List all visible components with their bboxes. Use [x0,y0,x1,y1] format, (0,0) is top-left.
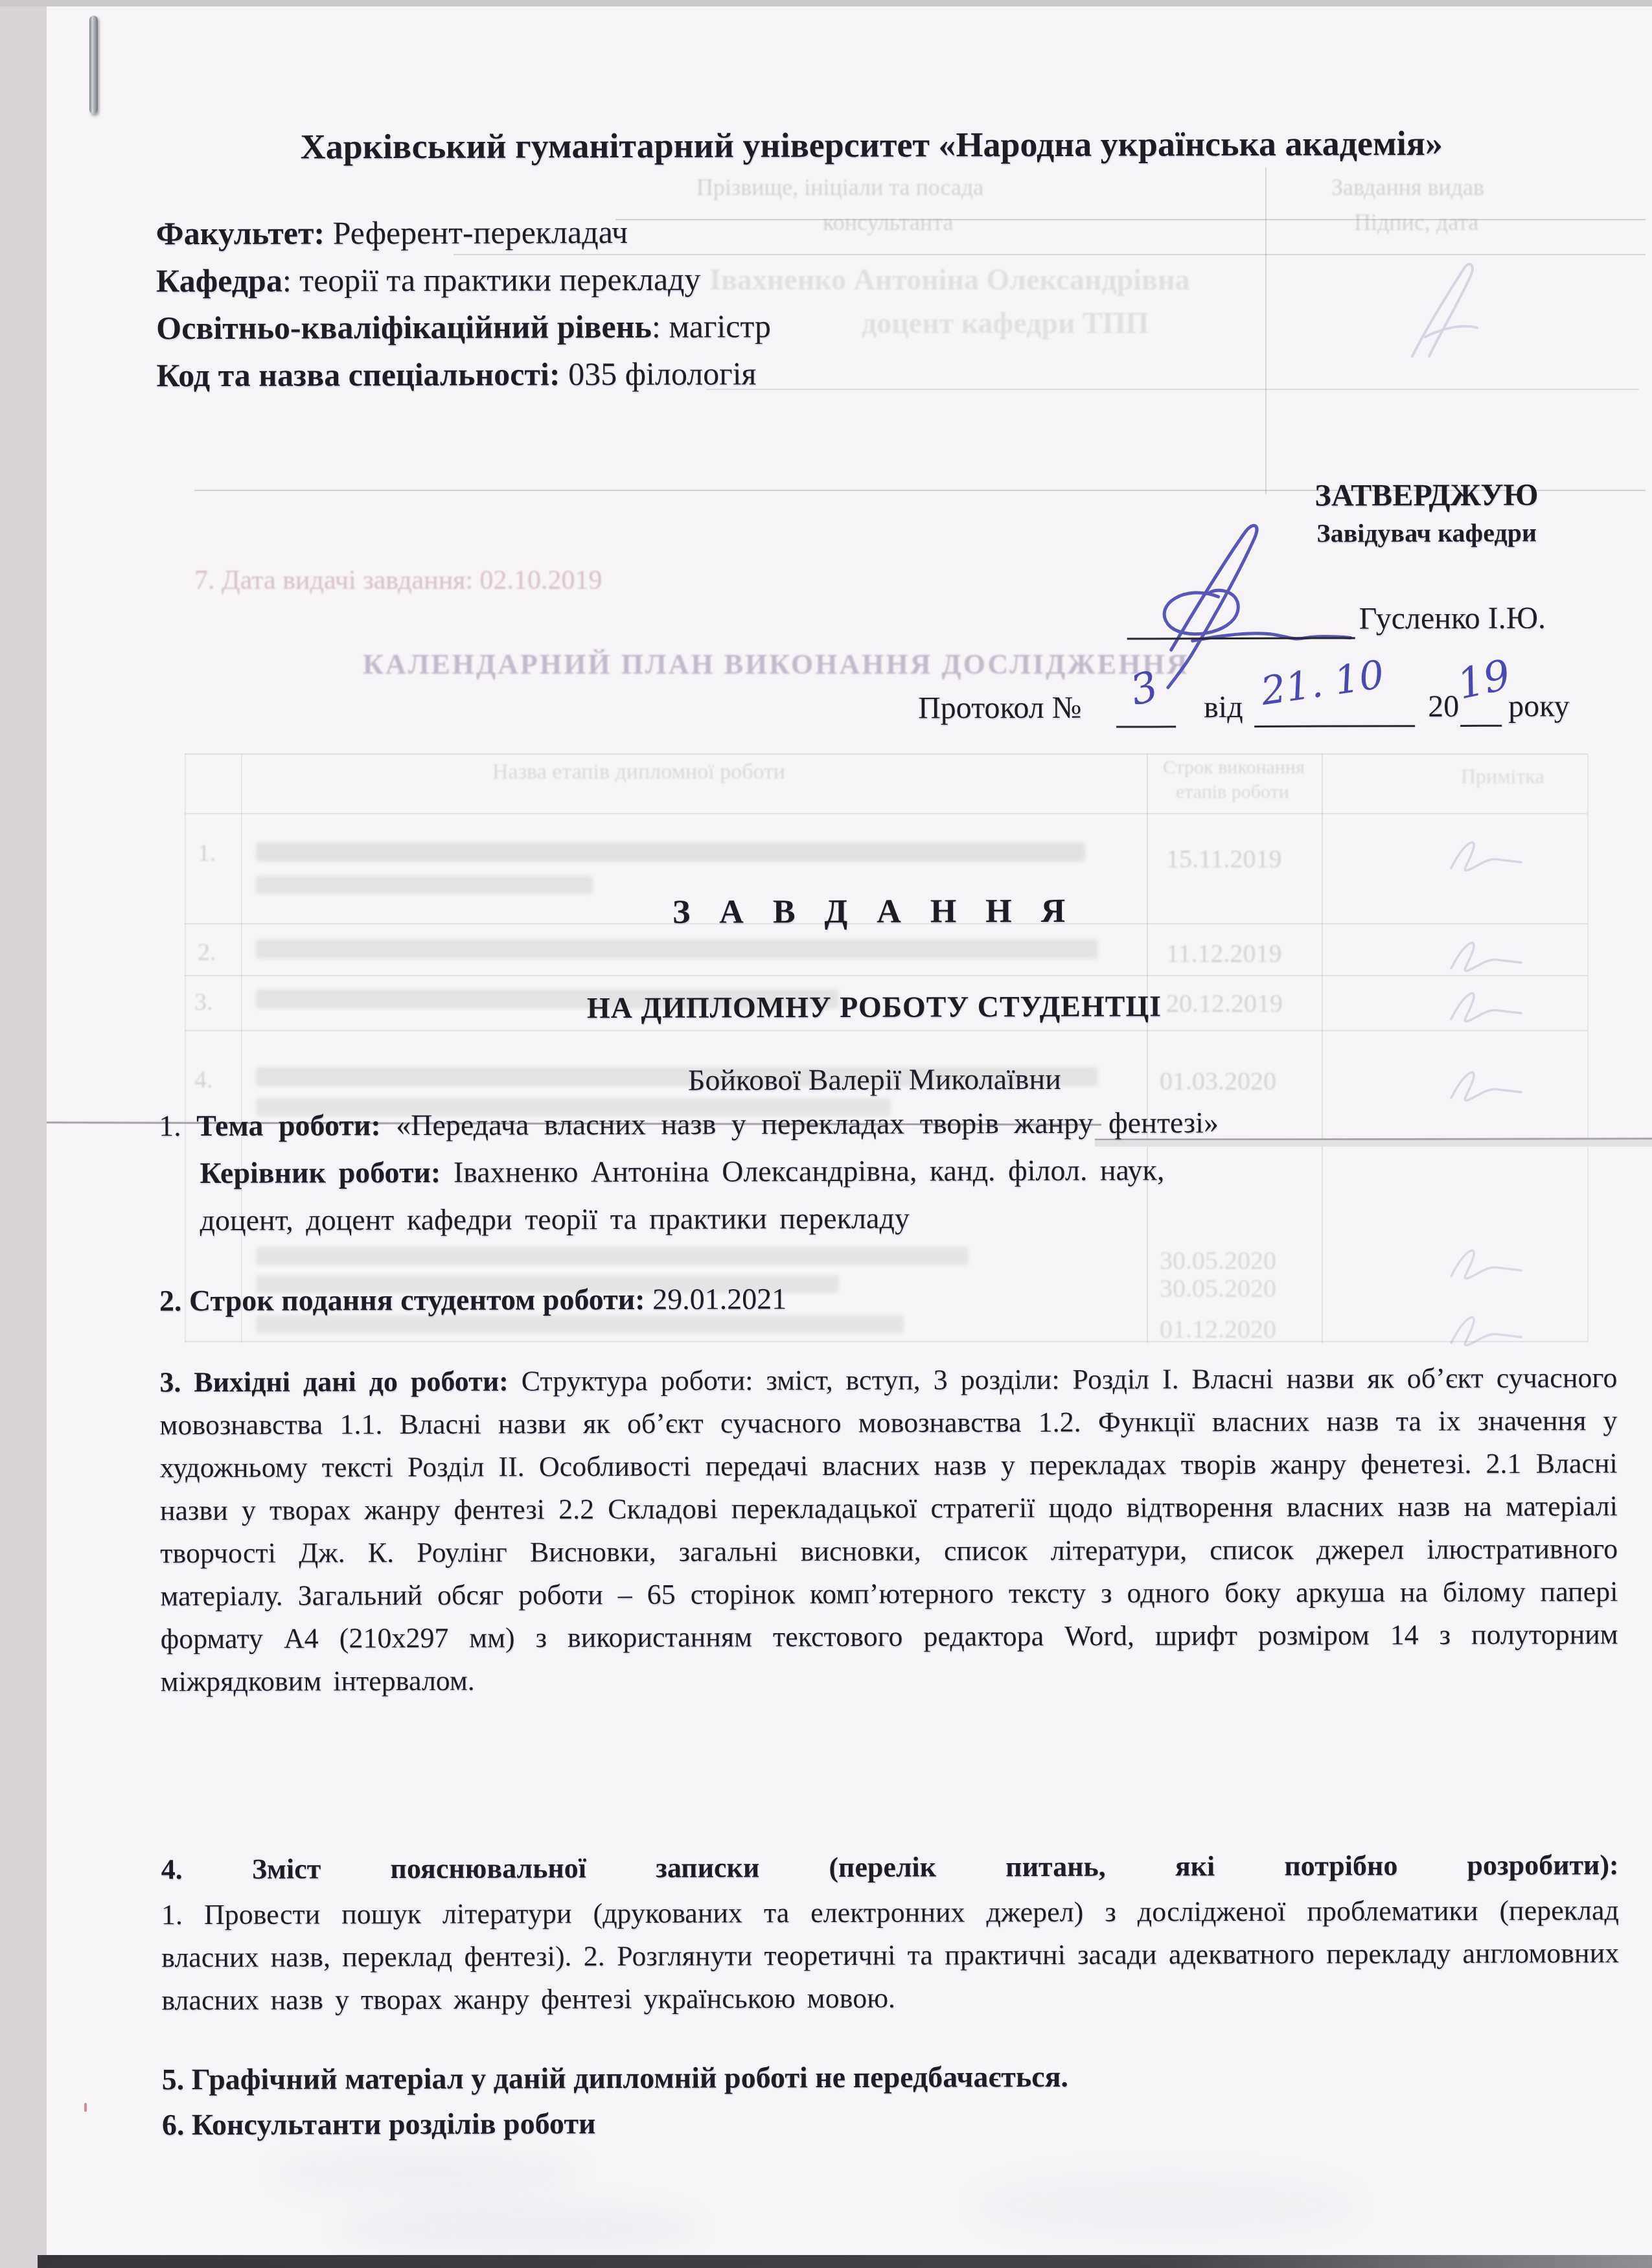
faculty-line: Факультет: Референт-перекладач [156,213,628,252]
explanatory-note-heading: 4. Зміст пояснювальної записки (перелік … [161,1844,1619,1891]
supervisor-line-2: доцент, доцент кафедри теорії та практик… [200,1201,909,1237]
department-line: Кафедра: теорії та практики перекладу [156,260,701,300]
topic-number: 1. [159,1109,196,1142]
protocol-year-blank [1460,725,1502,727]
department-value: : теорії та практики перекладу [282,261,701,299]
scan-left-band [0,0,47,2268]
protocol-from-label: від [1204,689,1243,725]
protocol-label: Протокол № [918,690,1082,726]
supervisor-line: Керівник роботи: Івахненко Антоніна Олек… [200,1152,1164,1190]
staple [89,16,98,114]
faculty-value: Референт-перекладач [325,214,628,251]
protocol-year-word: року [1508,688,1570,724]
specialty-line: Код та назва спеціальності: 035 філологі… [156,354,756,394]
graphic-material-line: 5. Графічний матеріал у даній дипломній … [162,2059,1068,2096]
faculty-label: Факультет: [156,214,325,251]
topic-text: «Передача власних назв у перекладах твор… [381,1106,1219,1141]
source-data-paragraph: 3. Вихідні дані до роботи: Структура роб… [159,1357,1618,1703]
assignment-title: З А В Д А Н Н Я [97,890,1651,934]
supervisor-label: Керівник роботи: [200,1156,441,1189]
source-data-label: 3. Вихідні дані до роботи: [159,1366,509,1399]
specialty-value: 035 філологія [560,355,757,392]
topic-line: 1. Тема роботи: «Передача власних назв у… [159,1105,1219,1143]
supervisor-text: Івахненко Антоніна Олександрівна, канд. … [441,1153,1164,1189]
scanned-document-page: Прізвище, ініціали та посада консультант… [0,0,1652,2268]
assignment-subtitle: НА ДИПЛОМНУ РОБОТУ СТУДЕНТЦІ [97,987,1651,1027]
scan-bottom-band [38,2255,1652,2268]
consultants-line: 6. Консультанти розділів роботи [162,2106,596,2142]
department-label: Кафедра [156,262,282,299]
submission-term-line: 2. Строк подання студентом роботи: 29.01… [159,1281,786,1318]
submission-term-label: 2. Строк подання студентом роботи: [159,1283,645,1317]
topic-label: Тема роботи: [196,1108,381,1142]
protocol-number-blank [1116,726,1176,727]
level-line: Освітньо-кваліфікаційний рівень: магістр [156,307,771,347]
level-value: : магістр [652,308,771,345]
scan-top-band [0,0,1652,6]
specialty-label: Код та назва спеціальності: [156,356,560,393]
student-name: Бойкової Валерії Миколаївни [97,1060,1652,1099]
explanatory-note-text: 1. Провести пошук літератури (друкованих… [161,1889,1620,2022]
university-title: Харківський гуманітарний університет «На… [94,122,1649,168]
level-label: Освітньо-кваліфікаційний рівень [156,308,652,346]
head-name: Гусленко І.Ю. [1359,601,1546,637]
typed-text-layer: Харківський гуманітарний університет «На… [0,0,1652,2268]
source-data-text: Структура роботи: зміст, вступ, 3 розділ… [159,1362,1618,1697]
protocol-date-blank [1254,725,1415,727]
submission-term-value: 29.01.2021 [645,1282,787,1316]
approve-heading: ЗАТВЕРДЖУЮ [1291,477,1563,513]
protocol-year-handwritten: 19 [1453,651,1515,709]
protocol-year-print: 20 [1428,689,1459,724]
